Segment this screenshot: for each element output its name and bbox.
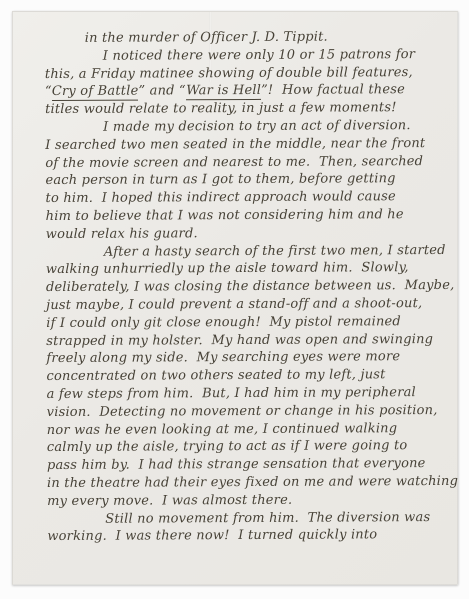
handwriting-line: a few steps from him. But, I had him in … — [47, 384, 447, 404]
handwriting-line: deliberately, I was closing the distance… — [46, 277, 446, 297]
handwriting-segment: my every move. I was almost there. — [47, 492, 292, 508]
photo-background: in the murder of Officer J. D. Tippit.I … — [0, 0, 469, 599]
handwriting-line: concentrated on two others seated to my … — [46, 366, 446, 386]
handwriting-segment: in the theatre had their eyes fixed on m… — [47, 474, 458, 491]
handwriting-segment: vision. Detecting no movement or change … — [47, 403, 438, 420]
handwriting-line: would relax his guard. — [46, 224, 446, 244]
handwriting-segment: ”! How factual these — [261, 83, 405, 99]
handwriting-line: if I could only git close enough! My pis… — [46, 313, 446, 333]
handwriting-text-block: in the murder of Officer J. D. Tippit.I … — [45, 28, 448, 546]
handwriting-line: freely along my side. My searching eyes … — [46, 348, 446, 368]
handwriting-line: I made my decision to try an act of dive… — [45, 117, 445, 137]
handwriting-line: “Cry of Battle” and “War is Hell”! How f… — [45, 81, 445, 101]
handwriting-line: of the movie screen and nearest to me. T… — [45, 153, 445, 173]
handwriting-segment: him to believe that I was not considerin… — [46, 207, 404, 224]
handwriting-line: walking unhurriedly up the aisle toward … — [46, 259, 446, 279]
letter-paper: in the murder of Officer J. D. Tippit.I … — [12, 11, 458, 585]
handwriting-line: strapped in my holster. My hand was open… — [46, 330, 446, 350]
handwriting-segment: each person in turn as I got to them, be… — [45, 172, 395, 189]
handwriting-segment: deliberately, I was closing the distance… — [46, 278, 454, 295]
handwriting-segment: this, a Friday matinee showing of double… — [45, 65, 413, 82]
handwriting-line: him to believe that I was not considerin… — [46, 206, 446, 226]
handwriting-line: pass him by. I had this strange sensatio… — [47, 455, 447, 475]
underlined-movie-title: Cry of Battle — [52, 84, 139, 101]
handwriting-line: calmly up the aisle, trying to act as if… — [47, 437, 447, 457]
handwriting-segment: “ — [45, 84, 52, 99]
handwriting-line: After a hasty search of the first two me… — [46, 242, 446, 262]
handwriting-line: titles would relate to reality, in just … — [45, 99, 445, 119]
handwriting-line: Still no movement from him. The diversio… — [47, 508, 447, 528]
handwriting-segment: ” and “ — [138, 84, 186, 99]
handwriting-line: in the theatre had their eyes fixed on m… — [47, 473, 447, 493]
handwriting-line: my every move. I was almost there. — [47, 491, 447, 511]
handwriting-segment: titles would relate to reality, in just … — [45, 100, 397, 117]
handwriting-segment: After a hasty search of the first two me… — [104, 243, 446, 260]
handwriting-segment: concentrated on two others seated to my … — [46, 367, 385, 384]
handwriting-line: I searched two men seated in the middle,… — [45, 135, 445, 155]
handwriting-segment: to him. I hoped this indirect approach w… — [45, 189, 395, 206]
handwriting-segment: walking unhurriedly up the aisle toward … — [46, 261, 409, 278]
handwriting-segment: in the murder of Officer J. D. Tippit. — [85, 30, 328, 46]
handwriting-line: I noticed there were only 10 or 15 patro… — [45, 46, 445, 66]
handwriting-segment: would relax his guard. — [46, 226, 198, 242]
handwriting-segment: working. I was there now! I turned quick… — [47, 528, 377, 545]
handwriting-line: in the murder of Officer J. D. Tippit. — [45, 28, 445, 48]
handwriting-line: to him. I hoped this indirect approach w… — [45, 188, 445, 208]
handwriting-segment: if I could only git close enough! My pis… — [46, 314, 401, 331]
handwriting-segment: I made my decision to try an act of dive… — [103, 118, 411, 135]
handwriting-segment: just maybe, I could prevent a stand-off … — [46, 296, 422, 313]
handwriting-segment: I searched two men seated in the middle,… — [45, 136, 425, 153]
handwriting-segment: freely along my side. My searching eyes … — [46, 350, 400, 367]
handwriting-segment: a few steps from him. But, I had him in … — [47, 385, 416, 402]
handwriting-line: nor was he even looking at me, I continu… — [47, 419, 447, 439]
handwriting-segment: calmly up the aisle, trying to act as if… — [47, 438, 408, 455]
handwriting-line: this, a Friday matinee showing of double… — [45, 64, 445, 84]
handwriting-line: just maybe, I could prevent a stand-off … — [46, 295, 446, 315]
handwriting-segment: I noticed there were only 10 or 15 patro… — [103, 47, 415, 64]
handwriting-segment: Still no movement from him. The diversio… — [105, 510, 430, 527]
handwriting-line: working. I was there now! I turned quick… — [47, 526, 447, 546]
handwriting-segment: strapped in my holster. My hand was open… — [46, 332, 433, 349]
underlined-movie-title: War is Hell — [186, 83, 261, 100]
handwriting-segment: pass him by. I had this strange sensatio… — [47, 456, 426, 473]
handwriting-segment: of the movie screen and nearest to me. T… — [45, 154, 423, 171]
handwriting-line: vision. Detecting no movement or change … — [47, 402, 447, 422]
handwriting-line: each person in turn as I got to them, be… — [45, 170, 445, 190]
handwriting-segment: nor was he even looking at me, I continu… — [47, 421, 398, 438]
